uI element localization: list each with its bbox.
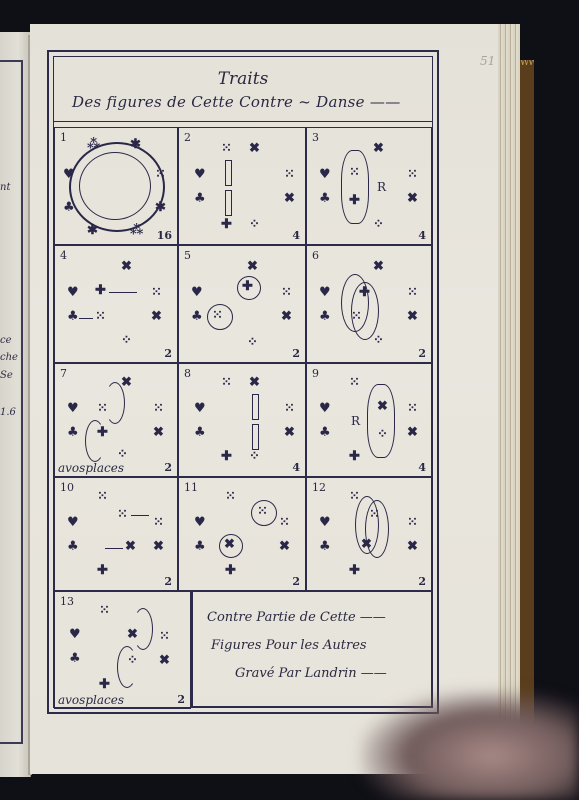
repeat-count: 2 xyxy=(292,575,300,588)
left-facing-page: nt ce che Se 1.6 xyxy=(0,32,31,777)
dancer-symbol-icon: ⁘ xyxy=(249,218,260,231)
dancer-symbol-icon: ⁙ xyxy=(221,376,232,389)
dancer-symbol-icon: ⁂ xyxy=(130,224,143,237)
dancer-symbol-icon: ⁙ xyxy=(151,286,162,299)
repeat-count: 2 xyxy=(164,575,172,588)
dancer-symbol-icon: ♥ xyxy=(194,516,206,529)
left-page-text: 1.6 xyxy=(0,407,16,418)
reprise-mark: R xyxy=(377,180,386,194)
dancer-symbol-icon: ♥ xyxy=(67,402,79,415)
dancer-symbol-icon: ✖ xyxy=(249,376,260,389)
dancer-symbol-icon: ✖ xyxy=(153,426,164,439)
figure-cell-2: 2 ⁙ ✖ ♥ ⁙ ♣ ✖ ✚ ⁘ 4 xyxy=(178,127,306,245)
dancer-symbol-icon: ⁙ xyxy=(284,168,295,181)
s-curve-path-icon xyxy=(341,150,369,224)
repeat-count: 2 xyxy=(164,461,172,474)
arrow-right-icon xyxy=(109,292,137,293)
dancer-symbol-icon: ♣ xyxy=(319,426,331,439)
repeat-count: 2 xyxy=(177,693,185,706)
dancer-symbol-icon: ♣ xyxy=(69,652,81,665)
caption-line-3: Gravé Par Landrin —— xyxy=(235,666,387,681)
dancer-symbol-icon: ✚ xyxy=(349,450,360,463)
dancer-symbol-icon: ⁙ xyxy=(97,490,108,503)
figure-number: 1 xyxy=(60,131,67,144)
dancer-symbol-icon: ♥ xyxy=(191,286,203,299)
dancer-symbol-icon: ♥ xyxy=(63,168,75,181)
figure-cell-1: 1 ⁂ ✱ ♥ ⁙ ♣ ✱ ✱ ⁂ 16 xyxy=(54,127,178,245)
dancer-symbol-icon: ✖ xyxy=(121,376,132,389)
dancer-symbol-icon: ✖ xyxy=(407,310,418,323)
dancer-symbol-icon: ♣ xyxy=(191,310,203,323)
engraved-plate: Traits Des figures de Cette Contre ~ Dan… xyxy=(47,50,439,714)
dancer-symbol-icon: ✖ xyxy=(284,426,295,439)
dancer-symbol-icon: ⁘ xyxy=(249,450,260,463)
dancer-symbol-icon: ♣ xyxy=(194,192,206,205)
ellipse-path-icon xyxy=(365,500,389,558)
dancer-symbol-icon: ✚ xyxy=(242,280,253,293)
reprise-mark: R xyxy=(351,414,360,428)
dancer-symbol-icon: ♥ xyxy=(67,286,79,299)
dancer-symbol-icon: ✖ xyxy=(151,310,162,323)
repeat-count: 4 xyxy=(418,461,426,474)
dancer-symbol-icon: ♣ xyxy=(319,192,331,205)
inner-circle-path-icon xyxy=(79,152,151,220)
dancer-symbol-icon: ⁙ xyxy=(221,142,232,155)
figure-number: 3 xyxy=(312,131,319,144)
curved-arrow-icon xyxy=(85,420,105,462)
dancer-symbol-icon: ✚ xyxy=(221,450,232,463)
figure-cell-12: 12 ⁙ ♥ ⁙ ⁙ ♣ ✖ ✖ ✚ 2 xyxy=(306,477,432,591)
dancer-symbol-icon: ⁙ xyxy=(225,490,236,503)
dancer-symbol-icon: ✖ xyxy=(407,192,418,205)
left-page-text: Se xyxy=(0,370,13,381)
figure-number: 6 xyxy=(312,249,319,262)
dancer-symbol-icon: ⁙ xyxy=(99,604,110,617)
title-cartouche: Traits Des figures de Cette Contre ~ Dan… xyxy=(54,57,432,122)
dancer-symbol-icon: ⁙ xyxy=(117,508,128,521)
gilt-spine-tooling: WWWWWWWWWWWWWWWWWWWWWWWWWWWWWWWWWWWWWWWW… xyxy=(520,60,534,750)
dancer-symbol-icon: ⁂ xyxy=(87,138,100,151)
repeat-count: 4 xyxy=(292,229,300,242)
dancer-symbol-icon: ✚ xyxy=(95,284,106,297)
dancer-symbol-icon: ♥ xyxy=(69,628,81,641)
dancer-symbol-icon: ♣ xyxy=(67,540,79,553)
dancer-symbol-icon: ♣ xyxy=(63,201,75,214)
dancer-symbol-icon: ♣ xyxy=(194,426,206,439)
dancer-symbol-icon: ♣ xyxy=(194,540,206,553)
dancer-symbol-icon: ⁙ xyxy=(279,516,290,529)
blurred-hand xyxy=(360,690,579,800)
page-edges xyxy=(498,24,520,769)
repeat-count: 16 xyxy=(157,229,172,242)
arrow-double-icon xyxy=(105,548,123,549)
dancer-symbol-icon: ✱ xyxy=(87,224,98,237)
arrow-down-icon xyxy=(252,424,259,450)
dancer-symbol-icon: ⁘ xyxy=(117,448,128,461)
figure-cell-7: 7 ✖ ♥ ⁙ ⁙ ♣ ✚ ✖ ⁘ avosplaces 2 xyxy=(54,363,178,477)
dancer-symbol-icon: ⁙ xyxy=(407,402,418,415)
dancer-symbol-icon: ♣ xyxy=(319,540,331,553)
figure-cell-11: 11 ⁙ ♥ ⁙ ⁙ ♣ ✖ ✖ ✚ 2 xyxy=(178,477,306,591)
left-page-text: ce xyxy=(0,335,12,346)
dancer-symbol-icon: ⁙ xyxy=(284,402,295,415)
dancer-symbol-icon: ♥ xyxy=(319,516,331,529)
dancer-symbol-icon: ⁘ xyxy=(373,218,384,231)
dancer-symbol-icon: ⁙ xyxy=(281,286,292,299)
dancer-symbol-icon: ✖ xyxy=(284,192,295,205)
curved-arrow-icon xyxy=(133,608,153,650)
dancer-symbol-icon: ✖ xyxy=(281,310,292,323)
dancer-symbol-icon: ⁙ xyxy=(407,516,418,529)
arrow-up-icon xyxy=(252,394,259,420)
dancer-symbol-icon: ✖ xyxy=(279,540,290,553)
dancer-symbol-icon: ♥ xyxy=(319,286,331,299)
dancer-symbol-icon: ⁘ xyxy=(121,334,132,347)
arrow-left-icon xyxy=(79,318,93,319)
dancer-symbol-icon: ✚ xyxy=(225,564,236,577)
dancer-symbol-icon: ✱ xyxy=(155,201,166,214)
figure-number: 8 xyxy=(184,367,191,380)
dancer-symbol-icon: ⁙ xyxy=(349,376,360,389)
figure-cell-8: 8 ⁙ ✖ ♥ ⁙ ♣ ✖ ✚ ⁘ 4 xyxy=(178,363,306,477)
figure-number: 10 xyxy=(60,481,74,494)
dancer-symbol-icon: ✖ xyxy=(247,260,258,273)
dancer-symbol-icon: ⁙ xyxy=(407,286,418,299)
figure-cell-6: 6 ✖ ♥ ✚ ⁙ ♣ ⁙ ✖ ⁘ 2 xyxy=(306,245,432,363)
dancer-symbol-icon: ✚ xyxy=(99,678,110,691)
folio-mark: 51 xyxy=(480,54,495,68)
dancer-symbol-icon: ⁘ xyxy=(247,336,258,349)
left-page-text: che xyxy=(0,352,18,363)
arrow-up-icon xyxy=(225,160,232,186)
figure-cell-4: 4 ✖ ♥ ✚ ⁙ ♣ ⁙ ✖ ⁘ 2 xyxy=(54,245,178,363)
dancer-symbol-icon: ✖ xyxy=(407,426,418,439)
figure-cell-3: 3 ✖ ♥ ⁙ ⁙ R ♣ ✚ ✖ ⁘ 4 xyxy=(306,127,432,245)
dancer-symbol-icon: ⁙ xyxy=(153,402,164,415)
dancer-symbol-icon: ✖ xyxy=(249,142,260,155)
dancer-symbol-icon: ⁘ xyxy=(373,334,384,347)
dancer-symbol-icon: ✖ xyxy=(153,540,164,553)
dancer-symbol-icon: ♥ xyxy=(319,402,331,415)
arrow-double-icon xyxy=(131,515,149,516)
figure-number: 12 xyxy=(312,481,326,494)
dancer-symbol-icon: ♣ xyxy=(67,310,79,323)
figure-number: 7 xyxy=(60,367,67,380)
dancer-symbol-icon: ♥ xyxy=(319,168,331,181)
left-page-frame xyxy=(0,60,23,744)
figure-cell-13: 13 ⁙ ♥ ✖ ⁙ ♣ ⁘ ✖ ✚ avosplaces 2 xyxy=(54,591,191,709)
repeat-count: 2 xyxy=(418,575,426,588)
repeat-count: 2 xyxy=(418,347,426,360)
repeat-count: 4 xyxy=(418,229,426,242)
dancer-symbol-icon: ⁙ xyxy=(159,630,170,643)
dancer-symbol-icon: ⁙ xyxy=(155,168,166,181)
dancer-symbol-icon: ⁙ xyxy=(95,310,106,323)
dancer-symbol-icon: ⁙ xyxy=(257,505,268,518)
plate-title: Traits xyxy=(54,57,432,89)
dancer-symbol-icon: ⁙ xyxy=(153,516,164,529)
repeat-count: 2 xyxy=(292,347,300,360)
s-curve-path-icon xyxy=(367,384,395,458)
dancer-symbol-icon: ♣ xyxy=(67,426,79,439)
dancer-symbol-icon: ✖ xyxy=(373,142,384,155)
dancer-symbol-icon: ⁙ xyxy=(407,168,418,181)
figure-cell-9: 9 ⁙ ♥ ✖ ⁙ R ♣ ⁘ ✖ ✚ 4 xyxy=(306,363,432,477)
dancer-symbol-icon: ✖ xyxy=(407,540,418,553)
figure-number: 2 xyxy=(184,131,191,144)
plate-subtitle: Des figures de Cette Contre ~ Danse —— xyxy=(54,93,432,111)
dancer-symbol-icon: ♥ xyxy=(194,168,206,181)
dancer-symbol-icon: ✱ xyxy=(130,138,141,151)
dancer-symbol-icon: ✚ xyxy=(349,564,360,577)
repeat-count: 2 xyxy=(164,347,172,360)
return-to-places-note: avosplaces xyxy=(58,461,124,475)
dancer-symbol-icon: ✚ xyxy=(97,564,108,577)
dancer-symbol-icon: ♣ xyxy=(319,310,331,323)
plate-inner-frame: Traits Des figures de Cette Contre ~ Dan… xyxy=(53,56,433,708)
figure-cell-5: 5 ✖ ♥ ✚ ⁙ ♣ ⁙ ✖ ⁘ 2 xyxy=(178,245,306,363)
figure-number: 11 xyxy=(184,481,198,494)
curved-arrow-icon xyxy=(117,646,137,688)
dancer-symbol-icon: ✖ xyxy=(125,540,136,553)
figure-number: 9 xyxy=(312,367,319,380)
figure-cell-10: 10 ⁙ ♥ ⁙ ⁙ ♣ ✖ ✖ ✚ 2 xyxy=(54,477,178,591)
dancer-symbol-icon: ✖ xyxy=(159,654,170,667)
return-to-places-note: avosplaces xyxy=(58,693,124,707)
dancer-symbol-icon: ♥ xyxy=(67,516,79,529)
caption-line-2: Figures Pour les Autres xyxy=(211,638,367,653)
dancer-symbol-icon: ✖ xyxy=(224,538,235,551)
dancer-symbol-icon: ✖ xyxy=(121,260,132,273)
repeat-count: 4 xyxy=(292,461,300,474)
dancer-symbol-icon: ⁙ xyxy=(212,309,223,322)
dancer-symbol-icon: ⁙ xyxy=(349,490,360,503)
dancer-symbol-icon: ✚ xyxy=(221,218,232,231)
figure-number: 4 xyxy=(60,249,67,262)
dancer-symbol-icon: ✖ xyxy=(373,260,384,273)
caption-line-1: Contre Partie de Cette —— xyxy=(207,610,386,625)
ellipse-path-icon xyxy=(351,282,379,340)
figure-number: 5 xyxy=(184,249,191,262)
dancer-symbol-icon: ♥ xyxy=(194,402,206,415)
curved-arrow-icon xyxy=(105,382,125,424)
arrow-down-icon xyxy=(225,190,232,216)
figure-number: 13 xyxy=(60,595,74,608)
left-page-text: nt xyxy=(0,182,10,193)
